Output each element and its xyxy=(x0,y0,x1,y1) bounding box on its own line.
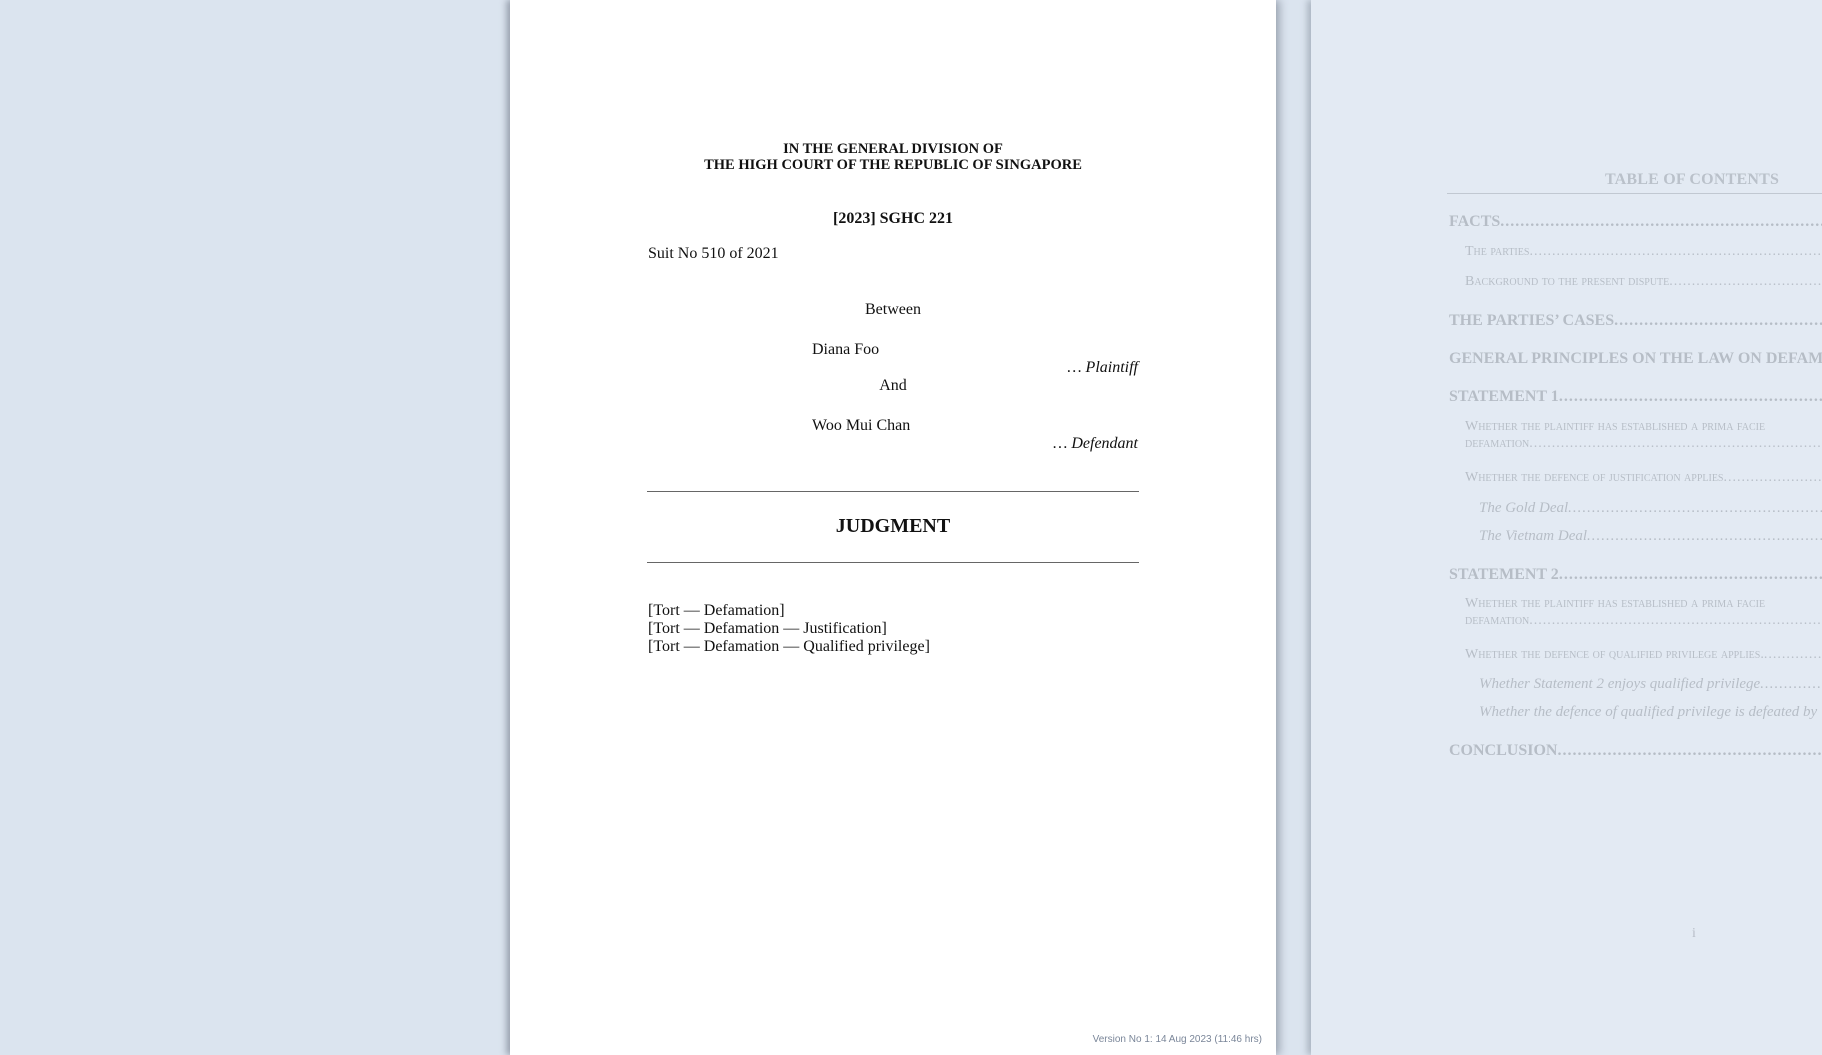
defendant-name: Woo Mui Chan xyxy=(812,417,910,435)
toc-leader-dots: ........................................… xyxy=(1557,742,1822,759)
toc-leader-dots: ........................................… xyxy=(1614,312,1822,329)
toc-entry[interactable]: STATEMENT 2.............................… xyxy=(1449,566,1822,584)
toc-entry[interactable]: Whether the plaintiff has established a … xyxy=(1465,419,1822,435)
toc-entry-text: GENERAL PRINCIPLES ON THE LAW ON DEFAMA xyxy=(1449,350,1822,367)
page-number: i xyxy=(1311,926,1822,942)
catchword-2: [Tort — Defamation — Justification] xyxy=(648,620,887,638)
toc-leader-dots: ........................................… xyxy=(1529,244,1822,259)
divider-bottom xyxy=(647,562,1139,563)
between-label: Between xyxy=(510,301,1276,319)
toc-entry-text: Whether the defence of qualified privile… xyxy=(1479,704,1817,720)
toc-entry[interactable]: THE PARTIES’ CASES......................… xyxy=(1449,312,1822,330)
suit-number: Suit No 510 of 2021 xyxy=(648,245,779,263)
document-viewer[interactable]: IN THE GENERAL DIVISION OF THE HIGH COUR… xyxy=(0,0,1822,1055)
case-citation: [2023] SGHC 221 xyxy=(510,210,1276,228)
toc-leader-dots: ........................................… xyxy=(1764,647,1822,662)
toc-entry[interactable]: GENERAL PRINCIPLES ON THE LAW ON DEFAMA xyxy=(1449,350,1822,368)
judgment-heading: JUDGMENT xyxy=(510,515,1276,538)
toc-entry-text: CONCLUSION xyxy=(1449,742,1557,759)
version-stamp: Version No 1: 14 Aug 2023 (11:46 hrs) xyxy=(1093,1034,1262,1045)
plaintiff-name: Diana Foo xyxy=(812,341,879,359)
toc-entry-text: defamation xyxy=(1465,613,1529,628)
toc-entry-text: STATEMENT 2 xyxy=(1449,566,1559,583)
toc-entry-text: Whether the plaintiff has established a … xyxy=(1465,596,1765,611)
toc-entry-text: Whether the defence of justification app… xyxy=(1465,470,1724,485)
toc-entry-text: Whether the defence of qualified privile… xyxy=(1465,647,1764,662)
toc-leader-dots: ........................................… xyxy=(1529,436,1822,451)
toc-entry[interactable]: Whether Statement 2 enjoys qualified pri… xyxy=(1479,676,1822,693)
toc-entry-text: The Vietnam Deal xyxy=(1479,528,1587,544)
toc-leader-dots: ........................................… xyxy=(1669,274,1822,289)
catchword-1: [Tort — Defamation] xyxy=(648,602,785,620)
toc-entry[interactable]: The parties.............................… xyxy=(1465,244,1822,260)
toc-entry-text: The parties xyxy=(1465,244,1529,259)
toc-entry-text: Background to the present dispute xyxy=(1465,274,1669,289)
toc-entry-continuation[interactable]: defamation..............................… xyxy=(1465,436,1822,452)
toc-entry-text: THE PARTIES’ CASES xyxy=(1449,312,1614,329)
toc-entry[interactable]: Background to the present dispute.......… xyxy=(1465,274,1822,290)
toc-entry[interactable]: Whether the defence of qualified privile… xyxy=(1479,704,1822,721)
toc-entry-text: FACTS xyxy=(1449,213,1500,230)
toc-entry-text: The Gold Deal xyxy=(1479,500,1568,516)
court-name-line-1: IN THE GENERAL DIVISION OF xyxy=(510,141,1276,157)
toc-entry-text: Whether the plaintiff has established a … xyxy=(1465,419,1765,434)
toc-entry[interactable]: Whether the defence of qualified privile… xyxy=(1465,647,1822,663)
toc-leader-dots: ........................................… xyxy=(1760,676,1822,692)
toc-leader-dots: ........................................… xyxy=(1587,528,1822,544)
page-1: IN THE GENERAL DIVISION OF THE HIGH COUR… xyxy=(510,0,1276,1055)
toc-leader-dots: ........................................… xyxy=(1724,470,1822,485)
toc-entry[interactable]: CONCLUSION..............................… xyxy=(1449,742,1822,760)
toc-entry-text: STATEMENT 1 xyxy=(1449,388,1559,405)
toc-entry[interactable]: FACTS...................................… xyxy=(1449,213,1822,231)
plaintiff-role: … Plaintiff xyxy=(1067,359,1138,377)
toc-entry[interactable]: The Gold Deal...........................… xyxy=(1479,500,1822,517)
toc-entry[interactable]: STATEMENT 1.............................… xyxy=(1449,388,1822,406)
page-2-table-of-contents: TABLE OF CONTENTS FACTS.................… xyxy=(1311,0,1822,1055)
toc-divider xyxy=(1447,193,1822,194)
toc-title: TABLE OF CONTENTS xyxy=(1311,171,1822,189)
toc-entry[interactable]: Whether the defence of justification app… xyxy=(1465,470,1822,486)
and-label: And xyxy=(510,377,1276,395)
toc-entry[interactable]: Whether the plaintiff has established a … xyxy=(1465,596,1822,612)
defendant-role: … Defendant xyxy=(1053,435,1138,453)
toc-entry-continuation[interactable]: defamation..............................… xyxy=(1465,613,1822,629)
toc-leader-dots: ........................................… xyxy=(1568,500,1822,516)
toc-entry-text: Whether Statement 2 enjoys qualified pri… xyxy=(1479,676,1760,692)
toc-leader-dots: ........................................… xyxy=(1559,566,1822,583)
toc-entry[interactable]: The Vietnam Deal........................… xyxy=(1479,528,1822,545)
toc-leader-dots: ........................................… xyxy=(1529,613,1822,628)
catchword-3: [Tort — Defamation — Qualified privilege… xyxy=(648,638,930,656)
toc-entry-text: defamation xyxy=(1465,436,1529,451)
divider-top xyxy=(647,491,1139,492)
court-name-line-2: THE HIGH COURT OF THE REPUBLIC OF SINGAP… xyxy=(510,157,1276,173)
toc-leader-dots: ........................................… xyxy=(1559,388,1822,405)
toc-leader-dots: ........................................… xyxy=(1500,213,1822,230)
